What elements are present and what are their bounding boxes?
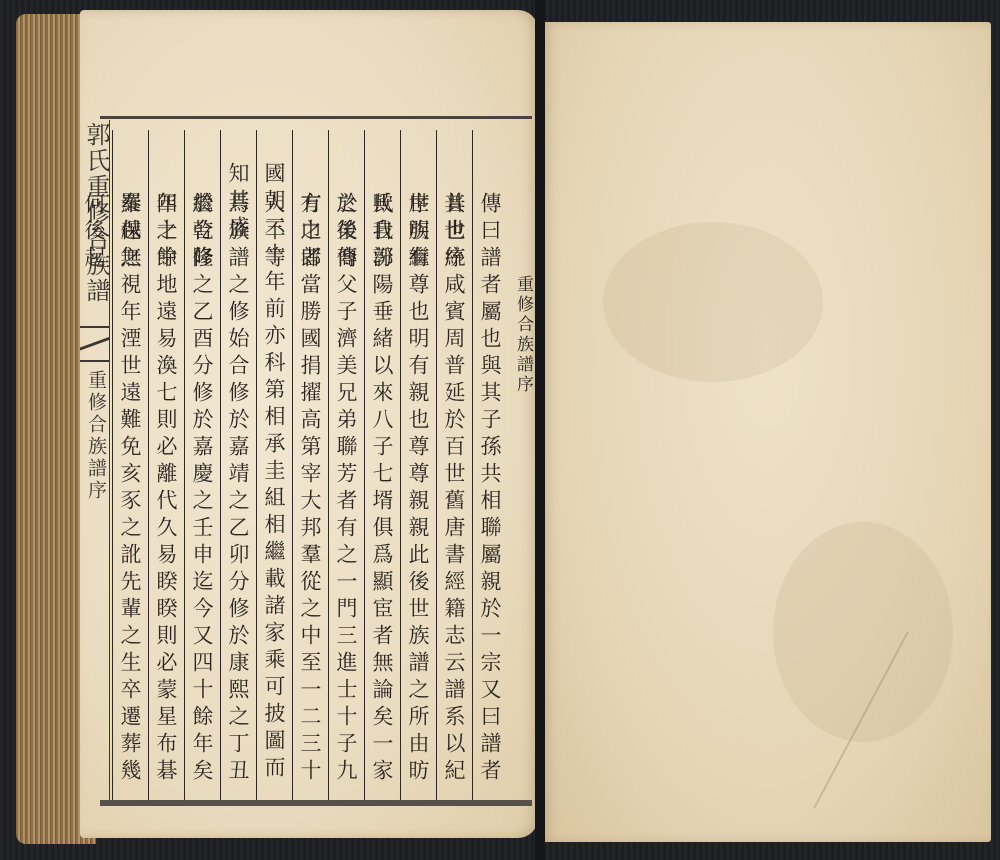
text-column-11: 秦越之視年湮世遠難免亥豕之訛先輩之生卒遷葬幾何後起 [112,130,148,800]
text-column-10: 年之中地遠易渙七則必離代久易睽睽則必蒙星布碁羅保無 [148,130,184,800]
spine-subtitle: 重修合族譜序 [84,370,108,502]
text-column-9: 於乾隆之乙酉分修於嘉慶之壬申迄今又四十餘年矣四十餘 [184,130,220,800]
text-column-5: 於後裔父子濟美兄弟聯芳者有之一門三進士十子九方巾者 [328,130,364,800]
frame-bottom-rule [100,800,532,806]
text-column-4: 氏自汾陽垂緒以來八子七壻俱爲顯宦者無論矣一家之榮傳 [364,130,400,800]
text-column-8: 焉族譜之修始合修於嘉靖之乙卯分修於康熙之丁丑繼合修 [220,130,256,800]
right-page [543,22,991,842]
text-column-7: 國朝三十年前亦科第相承圭組相繼載諸家乘可披圖而知其盛 [256,130,292,800]
text-column-1: 傳曰譜者屬也與其子孫共相聯屬親於一宗又曰譜者普也序 [472,130,508,800]
fishtail-mark [80,326,110,362]
text-column-6: 有之郎當勝國捐擢高第宰大邦羣從之中至一二三十人不等 [292,130,328,800]
text-column-3: 序明有尊也明有親也尊尊親親此後世族譜之所由昉歟我郭 [400,130,436,800]
frame-top-rule [100,116,532,119]
preface-heading: 重修合族譜序 [508,130,538,800]
text-column-2: 其世統咸賓周普延於百世舊唐書經籍志云譜系以紀世族繼 [436,130,472,800]
